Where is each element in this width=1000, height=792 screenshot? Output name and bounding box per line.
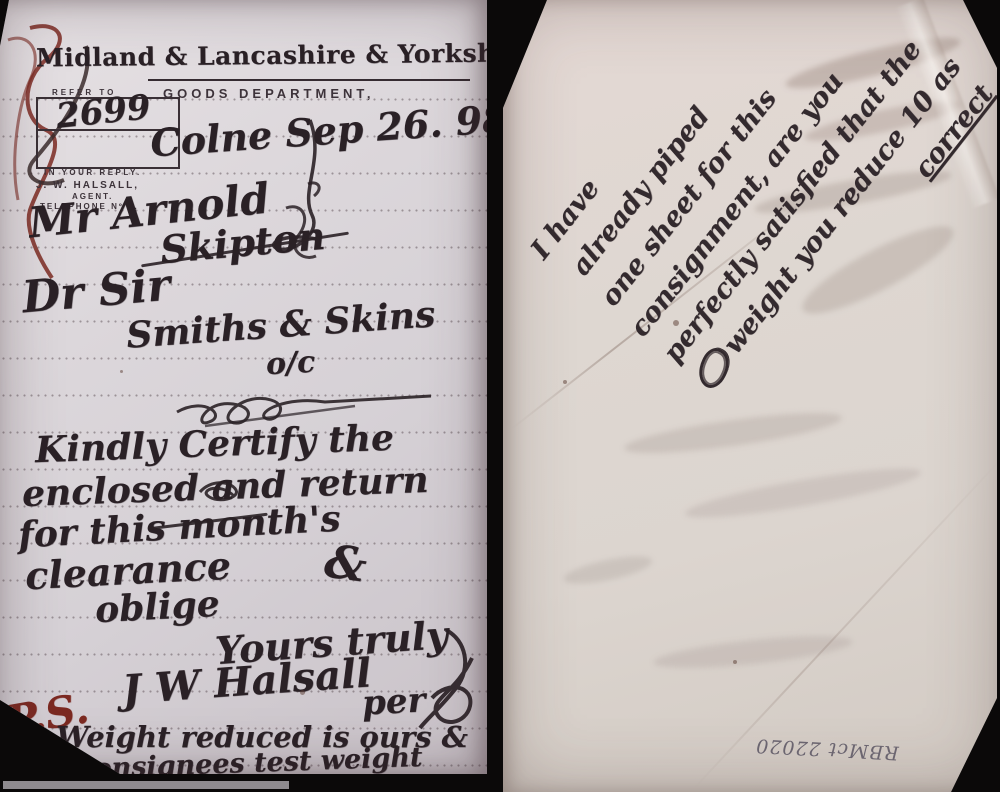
body-ampersand: & (321, 533, 370, 592)
right-page: I have already piped one sheet for this … (503, 0, 1000, 792)
signature-paraph (412, 628, 482, 733)
subject-line2: o/c (265, 345, 316, 383)
diagonal-note: I have already piped one sheet for this … (521, 0, 1000, 424)
scanned-letter: { "scan": { "background_color": "#0b0909… (0, 0, 1000, 792)
company-underline (148, 79, 470, 81)
ink-blot-enclosed (196, 478, 242, 504)
scan-edge-artifact (3, 781, 289, 789)
body-line-5: oblige (94, 583, 221, 631)
reply-label: IN YOUR REPLY. (44, 168, 142, 177)
department-name: GOODS DEPARTMENT, (163, 86, 375, 101)
left-page: Midland & Lancashire & Yorkshire Railway… (0, 0, 487, 774)
